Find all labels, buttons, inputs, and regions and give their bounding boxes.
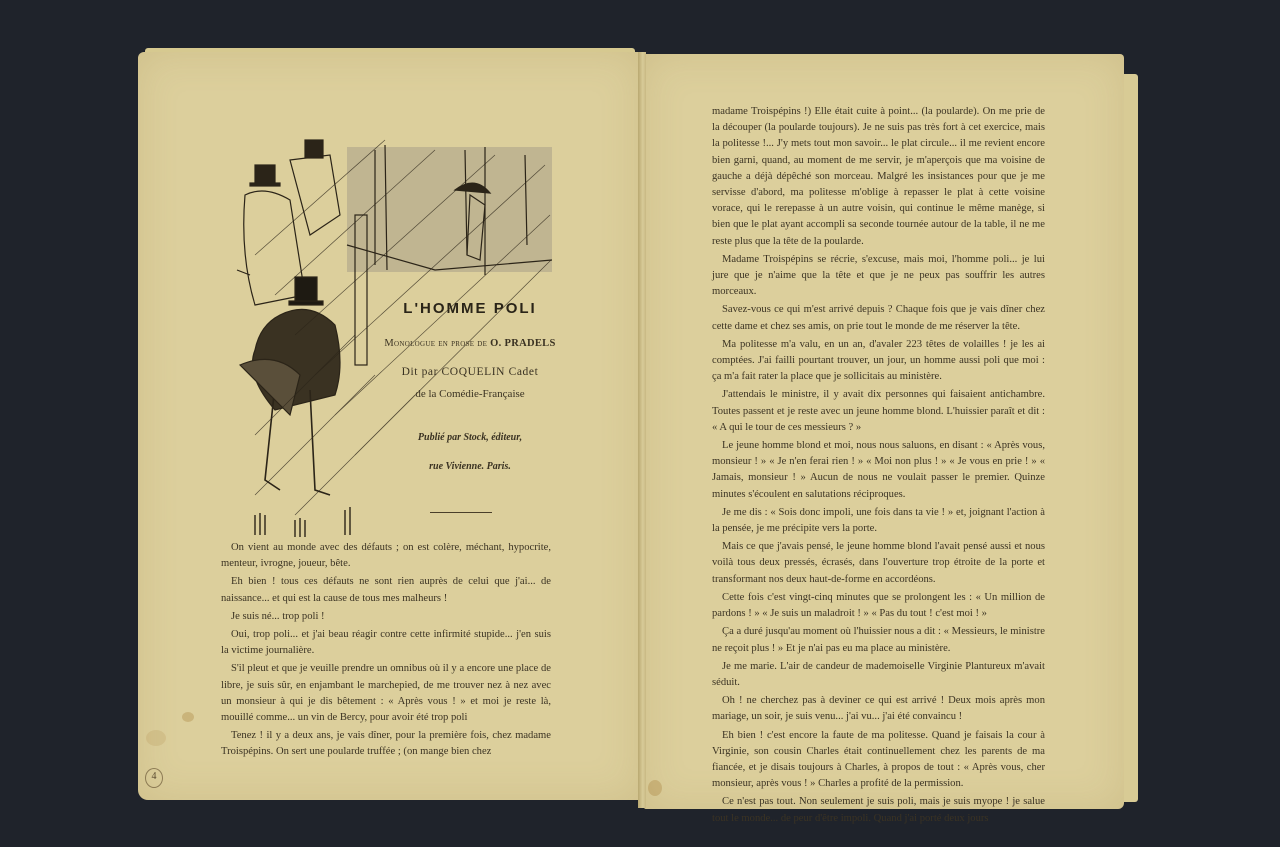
paragraph: Ma politesse m'a valu, en un an, d'avale… <box>712 337 1045 386</box>
book-spine <box>638 52 646 808</box>
paper-stain <box>146 730 166 746</box>
publisher-credit: Publié par Stock, éditeur, <box>365 432 575 443</box>
page-title: L'HOMME POLI <box>360 300 580 317</box>
paragraph: Eh bien ! c'est encore la faute de ma po… <box>712 728 1045 793</box>
paragraph: J'attendais le ministre, il y avait dix … <box>712 387 1045 436</box>
paragraph: Savez-vous ce qui m'est arrivé depuis ? … <box>712 302 1045 334</box>
performer-credit: Dit par COQUELIN Cadet <box>365 366 575 378</box>
right-page-body: madame Troispépins !) Elle était cuite à… <box>712 104 1045 829</box>
paragraph: Eh bien ! tous ces défauts ne sont rien … <box>221 574 551 606</box>
paragraph: Oh ! ne cherchez pas à deviner ce qui es… <box>712 693 1045 725</box>
divider-rule <box>430 512 492 513</box>
paragraph: Cette fois c'est vingt-cinq minutes que … <box>712 590 1045 622</box>
paper-stain <box>648 780 662 796</box>
paper-stain <box>182 712 194 722</box>
paragraph: S'il pleut et que je veuille prendre un … <box>221 661 551 726</box>
paragraph: Mais ce que j'avais pensé, le jeune homm… <box>712 539 1045 588</box>
subtitle-prefix: Monologue en prose de <box>384 338 490 349</box>
corner-page-mark: 4 <box>145 768 163 788</box>
paragraph: madame Troispépins !) Elle était cuite à… <box>712 104 1045 250</box>
theatre-credit: de la Comédie-Française <box>365 388 575 400</box>
left-page-body: On vient au monde avec des défauts ; on … <box>221 540 551 763</box>
paragraph: Je me dis : « Sois donc impoli, une fois… <box>712 505 1045 537</box>
right-page-stacked-edge <box>1122 74 1138 802</box>
author: O. PRADELS <box>490 338 555 349</box>
paragraph: On vient au monde avec des défauts ; on … <box>221 540 551 572</box>
paragraph: Ça a duré jusqu'au moment où l'huissier … <box>712 624 1045 656</box>
paragraph: Ce n'est pas tout. Non seulement je suis… <box>712 794 1045 826</box>
subtitle: Monologue en prose de O. PRADELS <box>365 338 575 349</box>
paragraph: Je me marie. L'air de candeur de mademoi… <box>712 659 1045 691</box>
publisher-address: rue Vivienne. Paris. <box>365 461 575 472</box>
paragraph: Je suis né... trop poli ! <box>221 609 551 625</box>
paragraph: Le jeune homme blond et moi, nous nous s… <box>712 438 1045 503</box>
paragraph: Oui, trop poli... et j'ai beau réagir co… <box>221 627 551 659</box>
paragraph: Madame Troispépins se récrie, s'excuse, … <box>712 252 1045 301</box>
paragraph: Tenez ! il y a deux ans, je vais dîner, … <box>221 728 551 760</box>
